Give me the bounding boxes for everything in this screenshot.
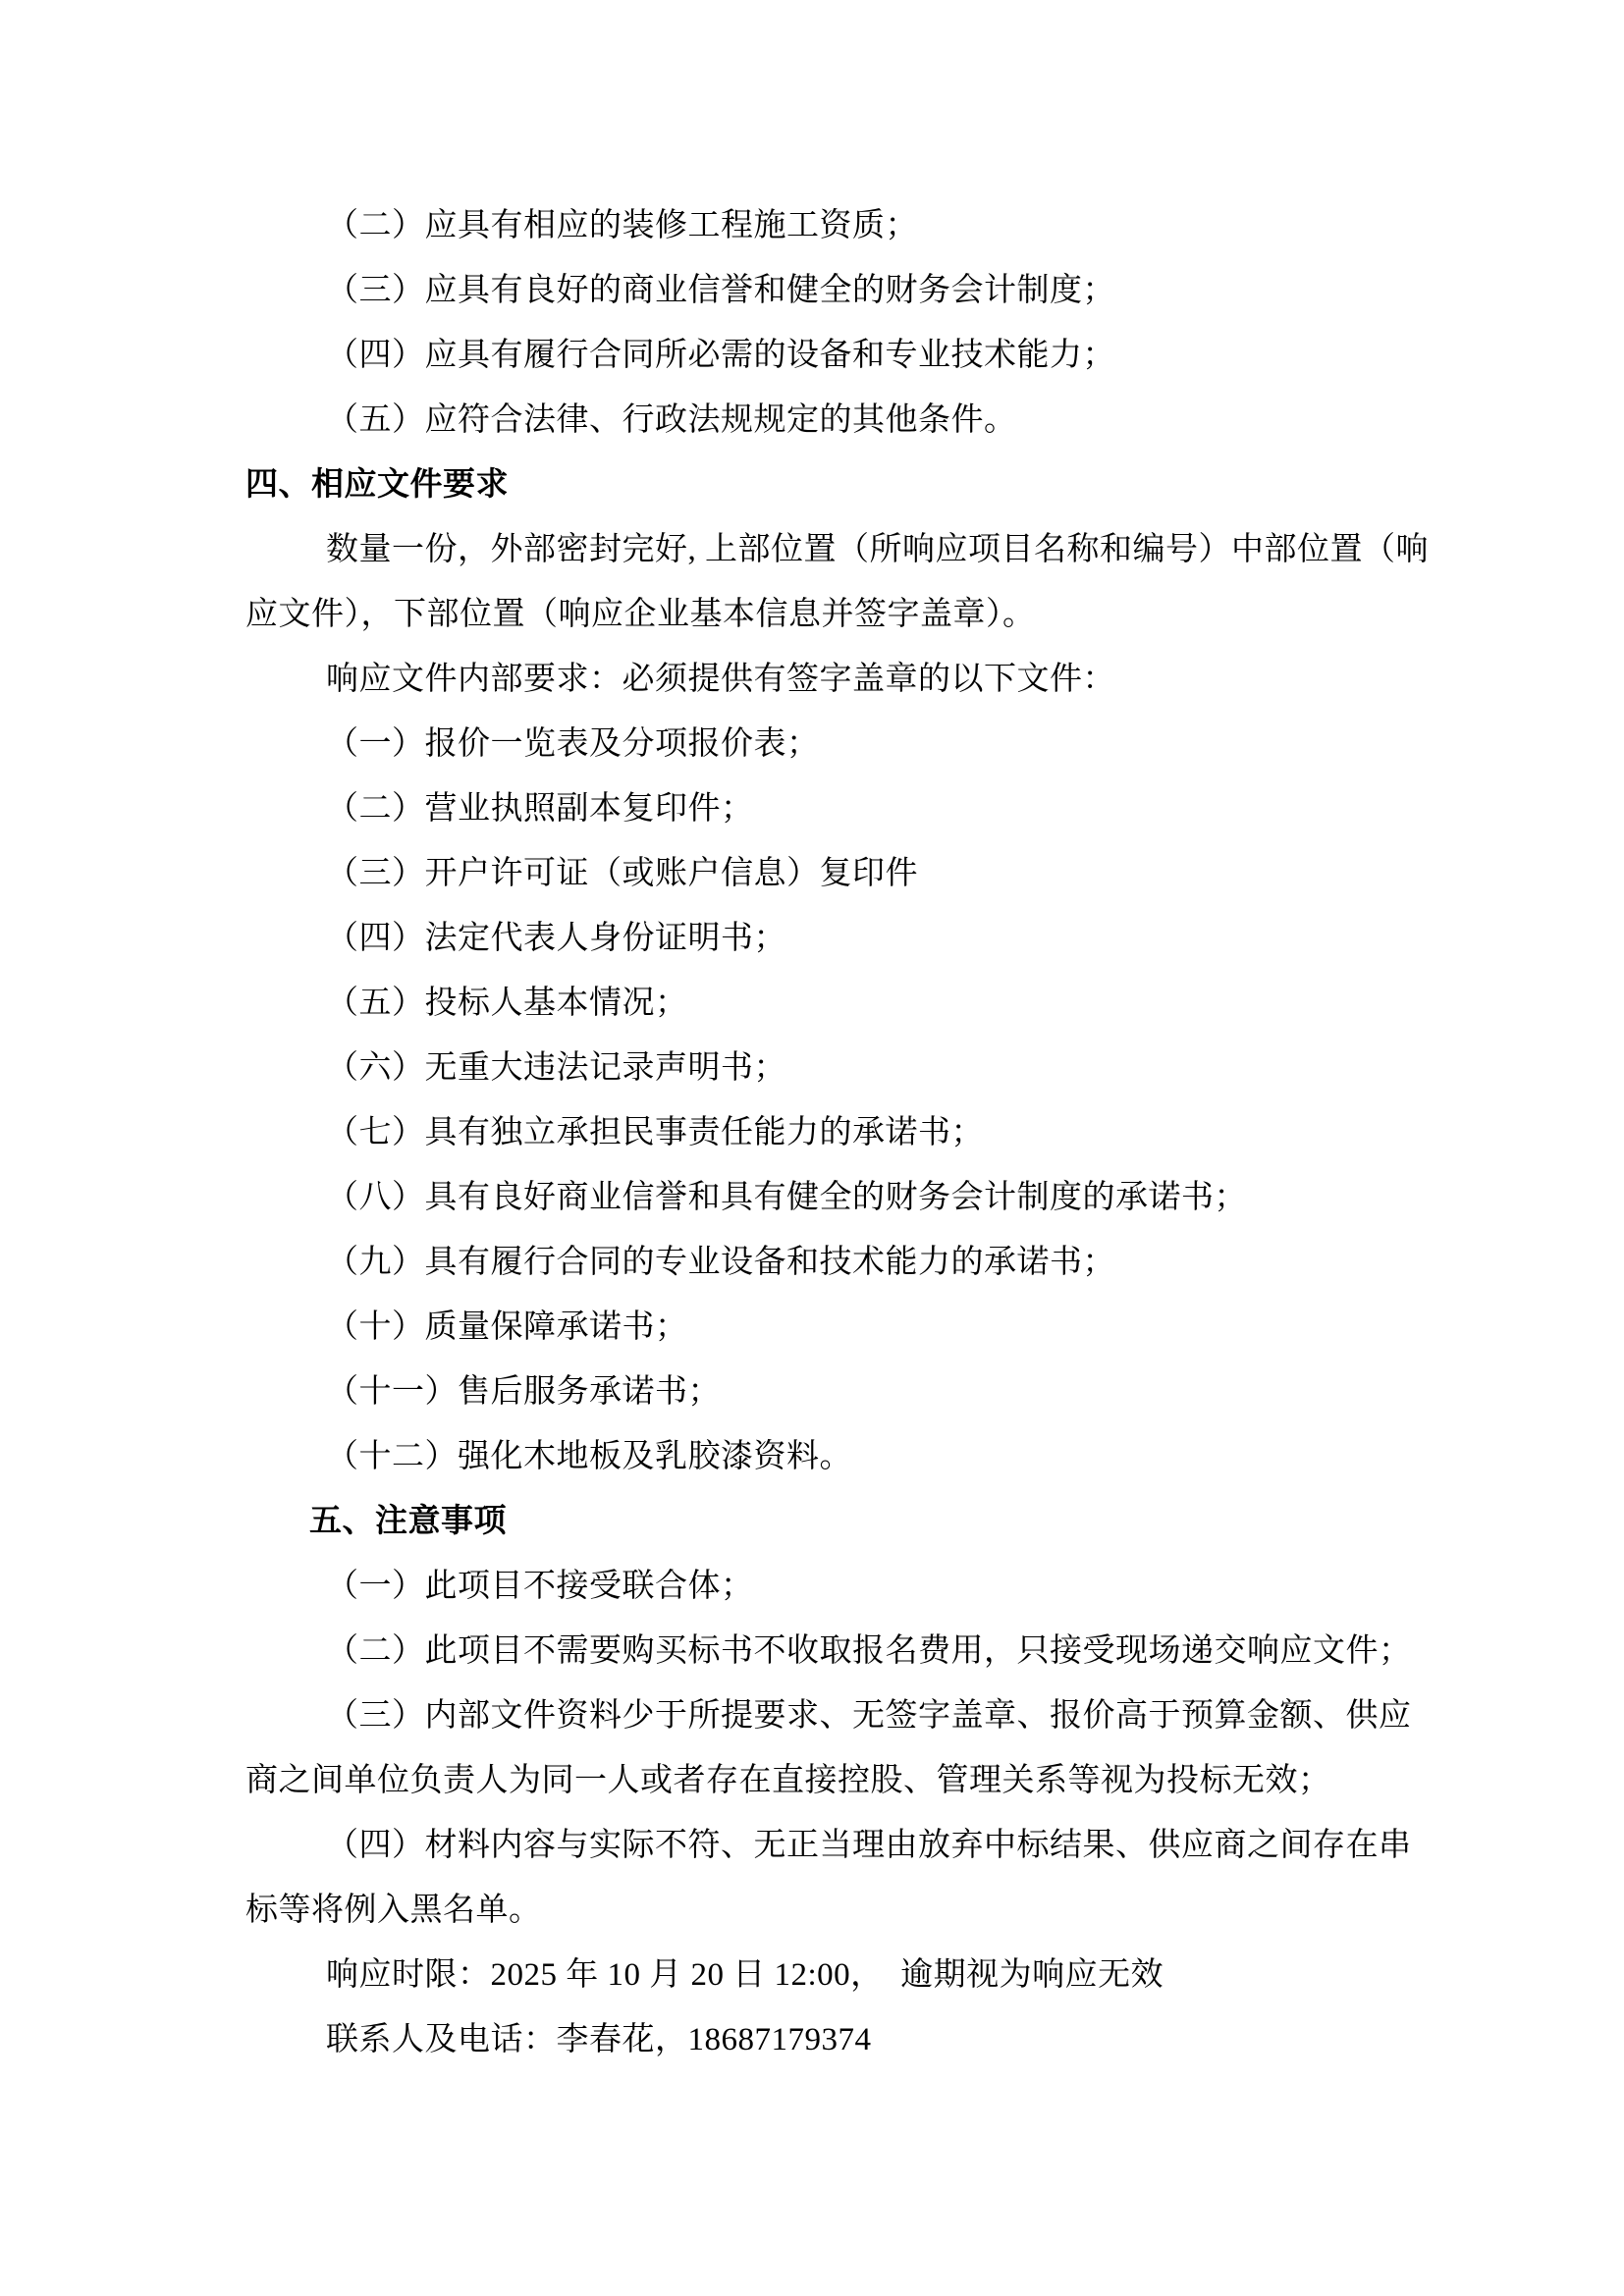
section-heading: 四、相应文件要求 bbox=[245, 453, 1502, 517]
document-line: 响应时限：2025 年 10 月 20 日 12:00， 逾期视为响应无效 bbox=[245, 1943, 1502, 2007]
document-line: （一）报价一览表及分项报价表； bbox=[245, 712, 1502, 776]
document-line: （十）质量保障承诺书； bbox=[245, 1295, 1502, 1360]
document-page: （二）应具有相应的装修工程施工资质；（三）应具有良好的商业信誉和健全的财务会计制… bbox=[0, 0, 1624, 2296]
document-line: 联系人及电话：李春花，18687179374 bbox=[245, 2007, 1502, 2072]
document-line: （三）应具有良好的商业信誉和健全的财务会计制度； bbox=[245, 258, 1502, 323]
document-line: （五）应符合法律、行政法规规定的其他条件。 bbox=[245, 388, 1502, 453]
document-line: （十二）强化木地板及乳胶漆资料。 bbox=[245, 1424, 1502, 1489]
document-line: （五）投标人基本情况； bbox=[245, 971, 1502, 1036]
document-line: 数量一份，外部密封完好, 上部位置（所响应项目名称和编号）中部位置（响 bbox=[245, 517, 1502, 582]
document-line: （九）具有履行合同的专业设备和技术能力的承诺书； bbox=[245, 1230, 1502, 1295]
document-line: （十一）售后服务承诺书； bbox=[245, 1360, 1502, 1424]
document-line: （一）此项目不接受联合体； bbox=[245, 1554, 1502, 1619]
document-line: 商之间单位负责人为同一人或者存在直接控股、管理关系等视为投标无效； bbox=[245, 1748, 1502, 1813]
document-line: （三）内部文件资料少于所提要求、无签字盖章、报价高于预算金额、供应 bbox=[245, 1683, 1502, 1748]
section-heading: 五、注意事项 bbox=[245, 1489, 1502, 1554]
document-line: （二）应具有相应的装修工程施工资质； bbox=[245, 193, 1502, 258]
document-content: （二）应具有相应的装修工程施工资质；（三）应具有良好的商业信誉和健全的财务会计制… bbox=[245, 193, 1502, 2072]
document-line: 标等将例入黑名单。 bbox=[245, 1878, 1502, 1943]
document-line: 应文件），下部位置（响应企业基本信息并签字盖章）。 bbox=[245, 582, 1502, 647]
document-line: （二）营业执照副本复印件； bbox=[245, 776, 1502, 841]
document-line: （八）具有良好商业信誉和具有健全的财务会计制度的承诺书； bbox=[245, 1165, 1502, 1230]
document-line: （二）此项目不需要购买标书不收取报名费用，只接受现场递交响应文件； bbox=[245, 1619, 1502, 1683]
document-line: （六）无重大违法记录声明书； bbox=[245, 1036, 1502, 1100]
document-line: （七）具有独立承担民事责任能力的承诺书； bbox=[245, 1100, 1502, 1165]
document-line: （四）材料内容与实际不符、无正当理由放弃中标结果、供应商之间存在串 bbox=[245, 1813, 1502, 1878]
document-line: （四）应具有履行合同所必需的设备和专业技术能力； bbox=[245, 323, 1502, 388]
document-line: （三）开户许可证（或账户信息）复印件 bbox=[245, 841, 1502, 906]
document-line: 响应文件内部要求：必须提供有签字盖章的以下文件： bbox=[245, 647, 1502, 712]
document-line: （四）法定代表人身份证明书； bbox=[245, 906, 1502, 971]
